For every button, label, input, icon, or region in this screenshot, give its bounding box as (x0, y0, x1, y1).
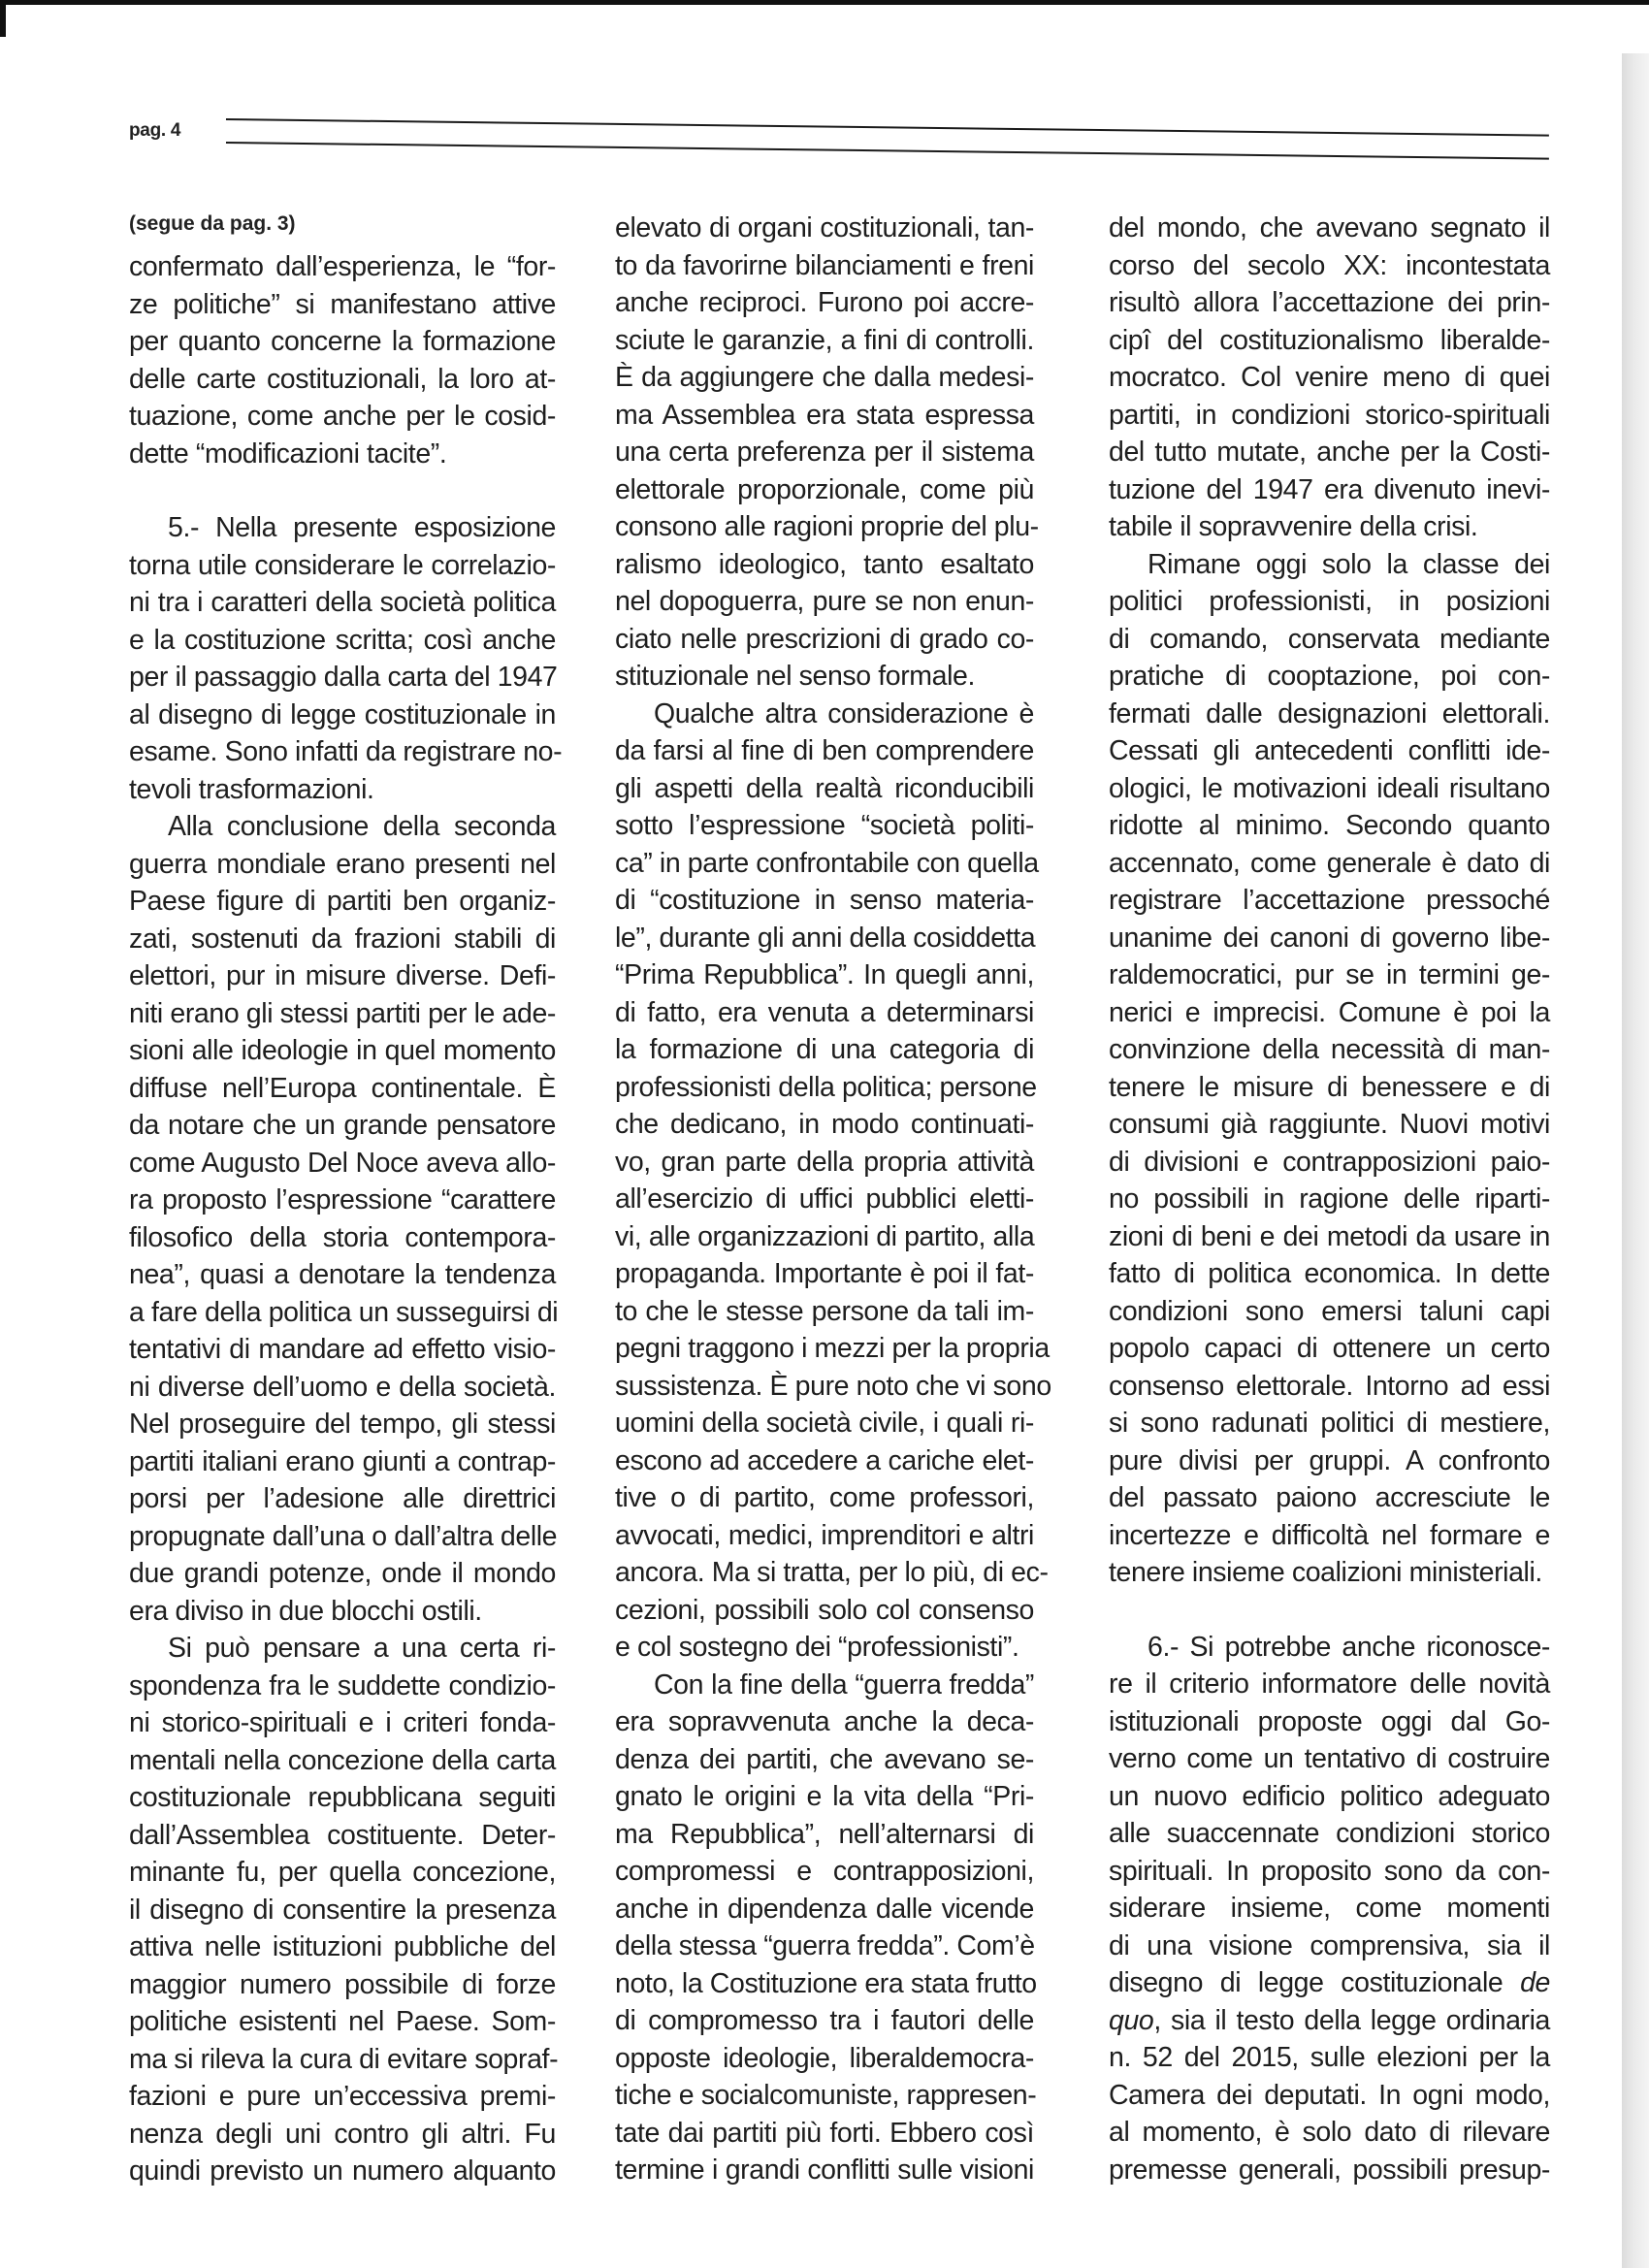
text-line: di divisioni e contrapposizioni paio- (1109, 1144, 1550, 1182)
text-line: escono ad accedere a cariche elet- (615, 1442, 1034, 1480)
article-column-3: del mondo, che avevano segnato ilcorso d… (1109, 210, 1550, 2188)
scan-page-edge-shadow (1622, 53, 1649, 2268)
text-line: due grandi potenze, onde il mondo (129, 1555, 556, 1593)
text-line: nerici e imprecisi. Comune è poi la (1109, 994, 1550, 1032)
text-line: no possibili in ragione delle riparti- (1109, 1181, 1550, 1218)
article-column-2: elevato di organi costituzionali, tan-to… (615, 210, 1034, 2189)
text-line: e la costituzione scritta; così anche (129, 622, 556, 660)
text-line: gli aspetti della realtà riconducibili (615, 770, 1034, 808)
text-line: Alla conclusione della seconda (129, 808, 556, 846)
paragraph: del mondo, che avevano segnato ilcorso d… (1109, 210, 1550, 546)
text-line: consenso elettorale. Intorno ad essi (1109, 1368, 1550, 1406)
section-gap (129, 472, 556, 509)
text-line: sioni alle ideologie in quel momento (129, 1032, 556, 1070)
text-line: convinzione della necessità di man- (1109, 1031, 1550, 1069)
text-line: e col sostegno dei “professionisti”. (615, 1629, 1034, 1667)
text-line: premesse generali, possibili presup- (1109, 2152, 1550, 2189)
text-line: accennato, come generale è dato di (1109, 845, 1550, 883)
text-line: alle suaccennate condizioni storico (1109, 1815, 1550, 1853)
text-line: tevoli trasformazioni. (129, 771, 556, 809)
text-line: minante fu, per quella concezione, (129, 1854, 556, 1892)
article-column-1: (segue da pag. 3) confermato dall’esperi… (129, 210, 556, 2190)
text-line: mocratco. Col venire meno di quei (1109, 359, 1550, 397)
text-line: tive o di partito, come professori, (615, 1479, 1034, 1517)
text-line: diffuse nell’Europa continentale. È (129, 1070, 556, 1108)
text-line: che dedicano, in modo continuati- (615, 1106, 1034, 1144)
text-line: gnato le origini e la vita della “Pri- (615, 1778, 1034, 1816)
text-line: all’esercizio di uffici pubblici eletti- (615, 1181, 1034, 1218)
scan-border-top (0, 0, 1649, 5)
text-line: to da favorirne bilanciamenti e freni (615, 247, 1034, 285)
text-line: Si può pensare a una certa ri- (129, 1630, 556, 1668)
text-line: quindi previsto un numero alquanto (129, 2153, 556, 2190)
text-line: di compromesso tra i fautori delle (615, 2002, 1034, 2040)
paragraph: Rimane oggi solo la classe deipolitici p… (1109, 546, 1550, 1592)
text-line: ra proposto l’espressione “carattere (129, 1182, 556, 1219)
text-line: maggior numero possibile di forze (129, 1966, 556, 2004)
paragraph: elevato di organi costituzionali, tan-to… (615, 210, 1034, 696)
paragraph: Si può pensare a una certa ri-spondenza … (129, 1630, 556, 2190)
paragraph: Qualche altra considerazione èda farsi a… (615, 696, 1034, 1667)
text-line: tate dai partiti più forti. Ebbero così (615, 2115, 1034, 2153)
text-line: cipî del costituzionalismo liberalde- (1109, 322, 1550, 360)
text-line: ma si rileva la cura di evitare sopraf- (129, 2041, 556, 2079)
text-line: istituzionali proposte oggi dal Go- (1109, 1703, 1550, 1741)
text-line: n. 52 del 2015, sulle elezioni per la (1109, 2039, 1550, 2077)
text-line: per il passaggio dalla carta del 1947 (129, 659, 556, 697)
paragraph: 5.- Nella presente esposizionetorna util… (129, 509, 556, 808)
text-line: da notare che un grande pensatore (129, 1107, 556, 1145)
text-line: il disegno di consentire la presenza (129, 1892, 556, 1929)
text-line: mentali nella concezione della carta (129, 1742, 556, 1780)
text-line: dall’Assemblea costituente. Deter- (129, 1817, 556, 1855)
text-line: re il criterio informatore delle novità (1109, 1666, 1550, 1703)
text-line: tenere le misure di benessere e di (1109, 1069, 1550, 1107)
text-line: di comando, conservata mediante (1109, 621, 1550, 659)
text-line: corso del secolo XX: incontestata (1109, 247, 1550, 285)
text-line: elettori, pur in misure diverse. Defi- (129, 957, 556, 995)
text-line: anche in dipendenza dalle vicende (615, 1891, 1034, 1928)
text-line: di una visione comprensiva, sia il (1109, 1928, 1550, 1965)
text-line: Con la fine della “guerra fredda” (615, 1667, 1034, 1704)
text-line: raldemocratici, pur se in termini ge- (1109, 956, 1550, 994)
text-line: condizioni sono emersi taluni capi (1109, 1293, 1550, 1331)
text-line: le”, durante gli anni della cosiddetta (615, 920, 1034, 957)
text-line: opposte ideologie, liberaldemocra- (615, 2040, 1034, 2078)
text-line: propugnate dall’una o dall’altra delle (129, 1518, 556, 1556)
text-line: un nuovo edificio politico adeguato (1109, 1778, 1550, 1816)
text-line: nea”, quasi a denotare la tendenza (129, 1256, 556, 1294)
text-line: della stessa “guerra fredda”. Com’è (615, 1928, 1034, 1965)
text-line: noto, la Costituzione era stata frutto (615, 1965, 1034, 2003)
text-line: elettorale proporzionale, come più (615, 471, 1034, 509)
text-line: sciute le garanzie, a fini di controlli. (615, 322, 1034, 360)
text-line: spirituali. In proposito sono da con- (1109, 1853, 1550, 1891)
header-rule-top (226, 118, 1549, 137)
text-line: pure divisi per gruppi. A confronto (1109, 1442, 1550, 1480)
text-line: sotto l’espressione “società politi- (615, 807, 1034, 845)
text-line: propaganda. Importante è poi il fat- (615, 1255, 1034, 1293)
scan-border-left (0, 0, 6, 37)
text-line: come Augusto Del Noce aveva allo- (129, 1145, 556, 1183)
text-line: pratiche di cooptazione, poi con- (1109, 658, 1550, 696)
text-line: attiva nelle istituzioni pubbliche del (129, 1928, 556, 1966)
text-line: ma Assemblea era stata espressa (615, 397, 1034, 435)
text-line: popolo capaci di ottenere un certo (1109, 1330, 1550, 1368)
text-line: verno come un tentativo di costruire (1109, 1740, 1550, 1778)
text-line: era sopravvenuta anche la deca- (615, 1703, 1034, 1741)
text-line: “Prima Repubblica”. In quegli anni, (615, 956, 1034, 994)
text-line: partiti italiani erano giunti a contrap- (129, 1443, 556, 1481)
text-line: di fatto, era venuta a determinarsi (615, 994, 1034, 1032)
text-line: a fare della politica un susseguirsi di (129, 1294, 556, 1332)
page-number: pag. 4 (129, 120, 180, 142)
text-line: vi, alle organizzazioni di partito, alla (615, 1218, 1034, 1256)
text-line: stituzionale nel senso formale. (615, 658, 1034, 696)
text-line: quo, sia il testo della legge ordinaria (1109, 2002, 1550, 2040)
text-line: uomini della società civile, i quali ri- (615, 1405, 1034, 1442)
continued-from-note: (segue da pag. 3) (129, 210, 556, 248)
text-line: tiche e socialcomuniste, rappresen- (615, 2077, 1034, 2115)
text-line: Nel proseguire del tempo, gli stessi (129, 1406, 556, 1443)
text-line: era diviso in due blocchi ostili. (129, 1593, 556, 1631)
text-line: fermati dalle designazioni elettorali. (1109, 696, 1550, 733)
text-line: una certa preferenza per il sistema (615, 434, 1034, 471)
text-line: torna utile considerare le correlazio- (129, 547, 556, 585)
text-line: elevato di organi costituzionali, tan- (615, 210, 1034, 247)
text-line: registrare l’accettazione pressoché (1109, 882, 1550, 920)
paragraph: confermato dall’esperienza, le “for-ze p… (129, 248, 556, 472)
text-line: consumi già raggiunte. Nuovi motivi (1109, 1106, 1550, 1144)
text-line: fatto di politica economica. In dette (1109, 1255, 1550, 1293)
text-line: sussistenza. È pure noto che vi sono (615, 1368, 1034, 1406)
text-line: ridotte al minimo. Secondo quanto (1109, 807, 1550, 845)
text-line: anche reciproci. Furono poi accre- (615, 284, 1034, 322)
text-line: spondenza fra le suddette condizio- (129, 1668, 556, 1705)
text-line: ciato nelle prescrizioni di grado co- (615, 621, 1034, 659)
text-line: niti erano gli stessi partiti per le ade… (129, 995, 556, 1033)
text-line: politiche esistenti nel Paese. Som- (129, 2003, 556, 2041)
text-line: Cessati gli antecedenti conflitti ide- (1109, 732, 1550, 770)
text-line: avvocati, medici, imprenditori e altri (615, 1517, 1034, 1555)
text-line: pegni traggono i mezzi per la propria (615, 1330, 1034, 1368)
text-line: costituzionale repubblicana seguiti (129, 1779, 556, 1817)
text-line: siderare insieme, come momenti (1109, 1890, 1550, 1928)
text-line: da farsi al fine di ben comprendere (615, 732, 1034, 770)
text-line: fazioni e pure un’eccessiva premi- (129, 2078, 556, 2116)
text-line: del mondo, che avevano segnato il (1109, 210, 1550, 247)
paragraph: Alla conclusione della secondaguerra mon… (129, 808, 556, 1630)
text-line: tuzione del 1947 era divenuto inevi- (1109, 471, 1550, 509)
text-line: porsi per l’adesione alle direttrici (129, 1480, 556, 1518)
text-line: 6.- Si potrebbe anche riconosce- (1109, 1629, 1550, 1667)
text-line: termine i grandi conflitti sulle visioni (615, 2152, 1034, 2189)
text-line: confermato dall’esperienza, le “for- (129, 248, 556, 286)
paragraph: 6.- Si potrebbe anche riconosce-re il cr… (1109, 1629, 1550, 2189)
text-line: vo, gran parte della propria attività (615, 1144, 1034, 1182)
text-line: ralismo ideologico, tanto esaltato (615, 546, 1034, 584)
text-line: ca” in parte confrontabile con quella (615, 845, 1034, 883)
text-line: delle carte costituzionali, la loro at- (129, 361, 556, 399)
text-line: tenere insieme coalizioni ministeriali. (1109, 1554, 1550, 1592)
text-line: dette “modificazioni tacite”. (129, 436, 556, 473)
text-line: cezioni, possibili solo col consenso (615, 1592, 1034, 1630)
text-line: filosofico della storia contempora- (129, 1219, 556, 1257)
text-line: Qualche altra considerazione è (615, 696, 1034, 733)
text-line: tentativi di mandare ad effetto visio- (129, 1331, 556, 1369)
text-line: zioni di beni e dei metodi da usare in (1109, 1218, 1550, 1256)
text-line: ma Repubblica”, nell’alternarsi di (615, 1816, 1034, 1854)
text-line: nel dopoguerra, pure se non enun- (615, 583, 1034, 621)
text-line: al momento, è solo dato di rilevare (1109, 2114, 1550, 2152)
text-line: di “costituzione in senso materia- (615, 882, 1034, 920)
text-line: ologici, le motivazioni ideali risultano (1109, 770, 1550, 808)
text-line: per quanto concerne la formazione (129, 323, 556, 361)
text-line: del tutto mutate, anche per la Costi- (1109, 434, 1550, 471)
text-line: al disegno di legge costituzionale in (129, 697, 556, 734)
section-gap (1109, 1592, 1550, 1629)
text-line: partiti, in condizioni storico-spiritual… (1109, 397, 1550, 435)
text-line: 5.- Nella presente esposizione (129, 509, 556, 547)
text-line: unanime dei canoni di governo libe- (1109, 920, 1550, 957)
text-line: ancora. Ma si tratta, per lo più, di ec- (615, 1554, 1034, 1592)
text-line: to che le stesse persone da tali im- (615, 1293, 1034, 1331)
text-line: politici professionisti, in posizioni (1109, 583, 1550, 621)
text-line: consono alle ragioni proprie del plu- (615, 508, 1034, 546)
text-line: guerra mondiale erano presenti nel (129, 846, 556, 884)
text-line: incertezze e difficoltà nel formare e (1109, 1517, 1550, 1555)
text-line: compromessi e contrapposizioni, (615, 1853, 1034, 1891)
text-line: zati, sostenuti da frazioni stabili di (129, 921, 556, 958)
text-line: la formazione di una categoria di (615, 1031, 1034, 1069)
text-line: esame. Sono infatti da registrare no- (129, 733, 556, 771)
text-line: professionisti della politica; persone (615, 1069, 1034, 1107)
text-line: si sono radunati politici di mestiere, (1109, 1405, 1550, 1442)
text-line: Rimane oggi solo la classe dei (1109, 546, 1550, 584)
text-line: ni tra i caratteri della società politic… (129, 584, 556, 622)
text-line: del passato paiono accresciute le (1109, 1479, 1550, 1517)
text-line: Paese figure di partiti ben organiz- (129, 883, 556, 921)
text-line: disegno di legge costituzionale de (1109, 1964, 1550, 2002)
paragraph: Con la fine della “guerra fredda”era sop… (615, 1667, 1034, 2189)
text-line: risultò allora l’accettazione dei prin- (1109, 284, 1550, 322)
text-line: ni diverse dell’uomo e della società. (129, 1369, 556, 1407)
text-line: È da aggiungere che dalla medesi- (615, 359, 1034, 397)
text-line: tuazione, come anche per le cosid- (129, 398, 556, 436)
text-line: nenza degli uni contro gli altri. Fu (129, 2116, 556, 2154)
text-line: ni storico-spirituali e i criteri fonda- (129, 1704, 556, 1742)
text-line: Camera dei deputati. In ogni modo, (1109, 2077, 1550, 2115)
text-line: tabile il sopravvenire della crisi. (1109, 508, 1550, 546)
text-line: denza dei partiti, che avevano se- (615, 1741, 1034, 1779)
text-line: ze politiche” si manifestano attive (129, 286, 556, 324)
header-rule-bottom (226, 142, 1549, 160)
